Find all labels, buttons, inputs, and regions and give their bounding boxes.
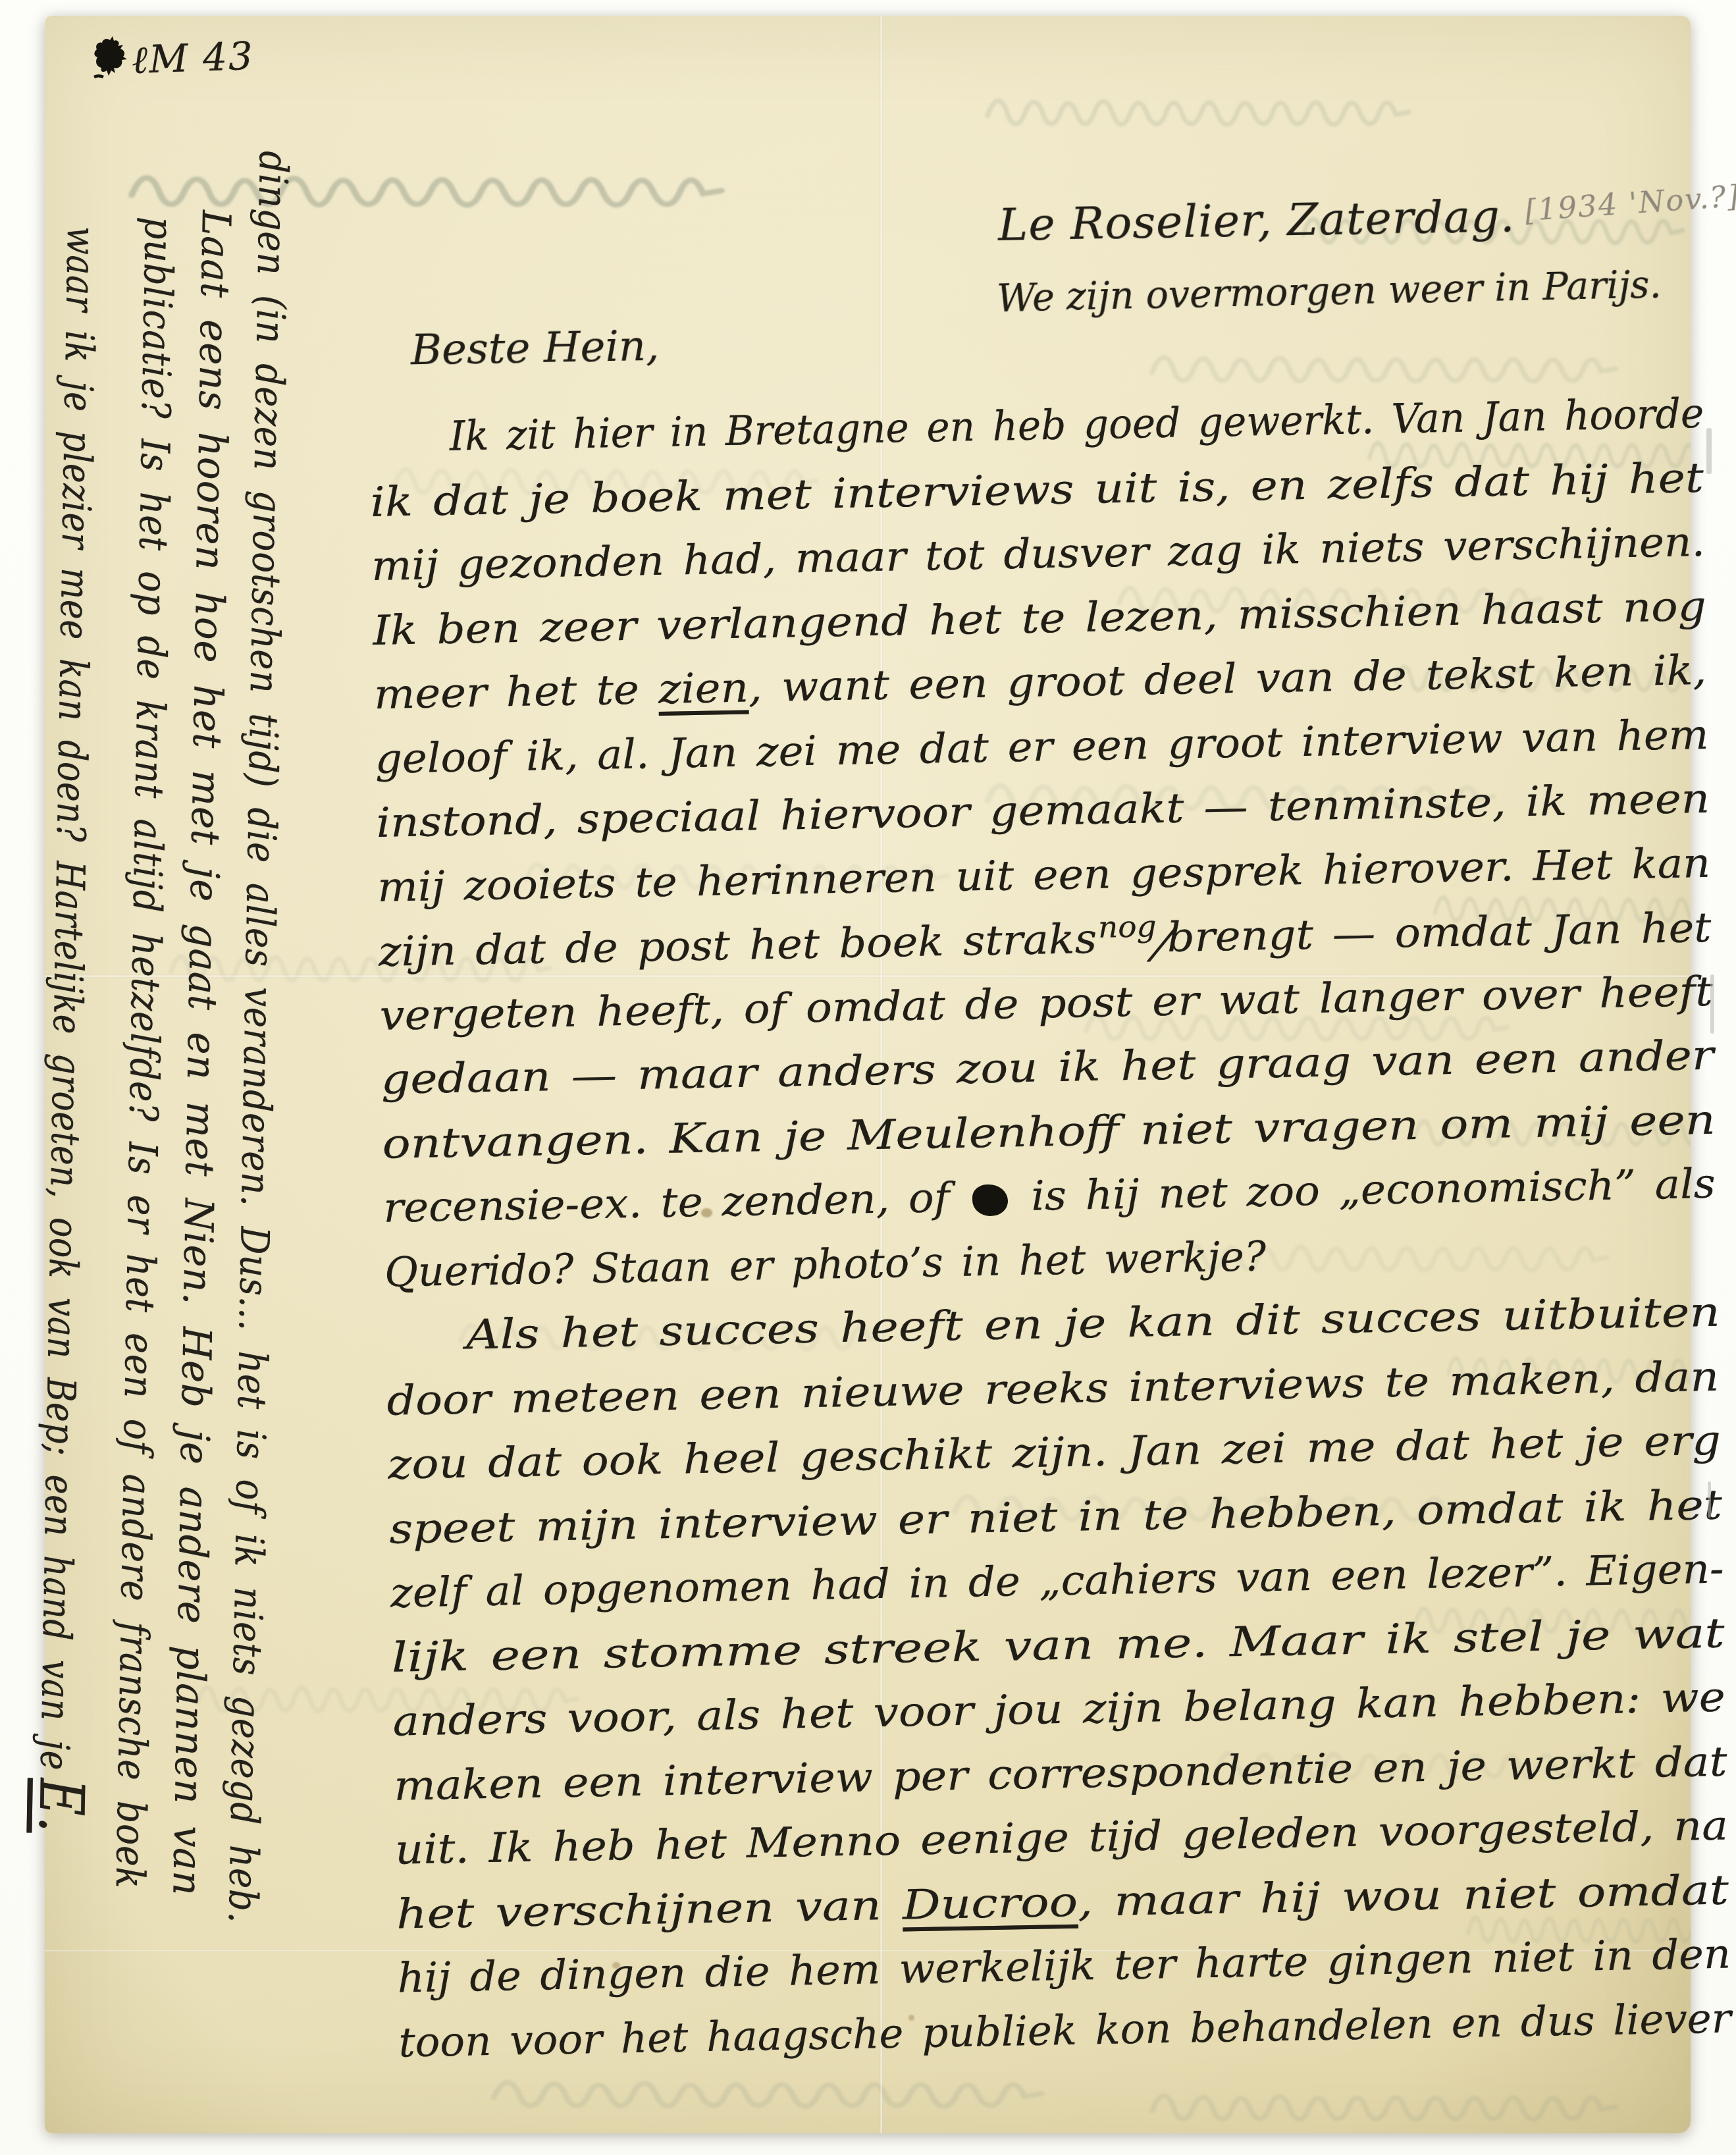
lion-stamp-icon	[88, 33, 128, 80]
ink-blot	[972, 1184, 1009, 1216]
archive-code-letters: ℓM	[131, 36, 190, 82]
scanner-background: ℓM 43 [1934 'Nov.?] Le Roselier, Zaterda…	[0, 0, 1736, 2155]
scanner-edge-mark	[1708, 1481, 1711, 1518]
archive-stamp: ℓM 43	[88, 33, 254, 80]
scanner-edge-mark	[1706, 428, 1712, 474]
letter-page: ℓM 43 [1934 'Nov.?] Le Roselier, Zaterda…	[45, 16, 1691, 2133]
scanner-edge-mark	[1710, 974, 1714, 1034]
letter-body: Ik zit hier in Bretagne en heb goed gewe…	[369, 381, 1735, 2075]
archive-code-number: 43	[202, 34, 255, 80]
archive-code: ℓM 43	[131, 34, 255, 82]
signature: E.	[25, 1778, 97, 1834]
salutation: Beste Hein,	[410, 322, 660, 375]
place-date-line: Le Roselier, Zaterdag.	[997, 190, 1515, 252]
